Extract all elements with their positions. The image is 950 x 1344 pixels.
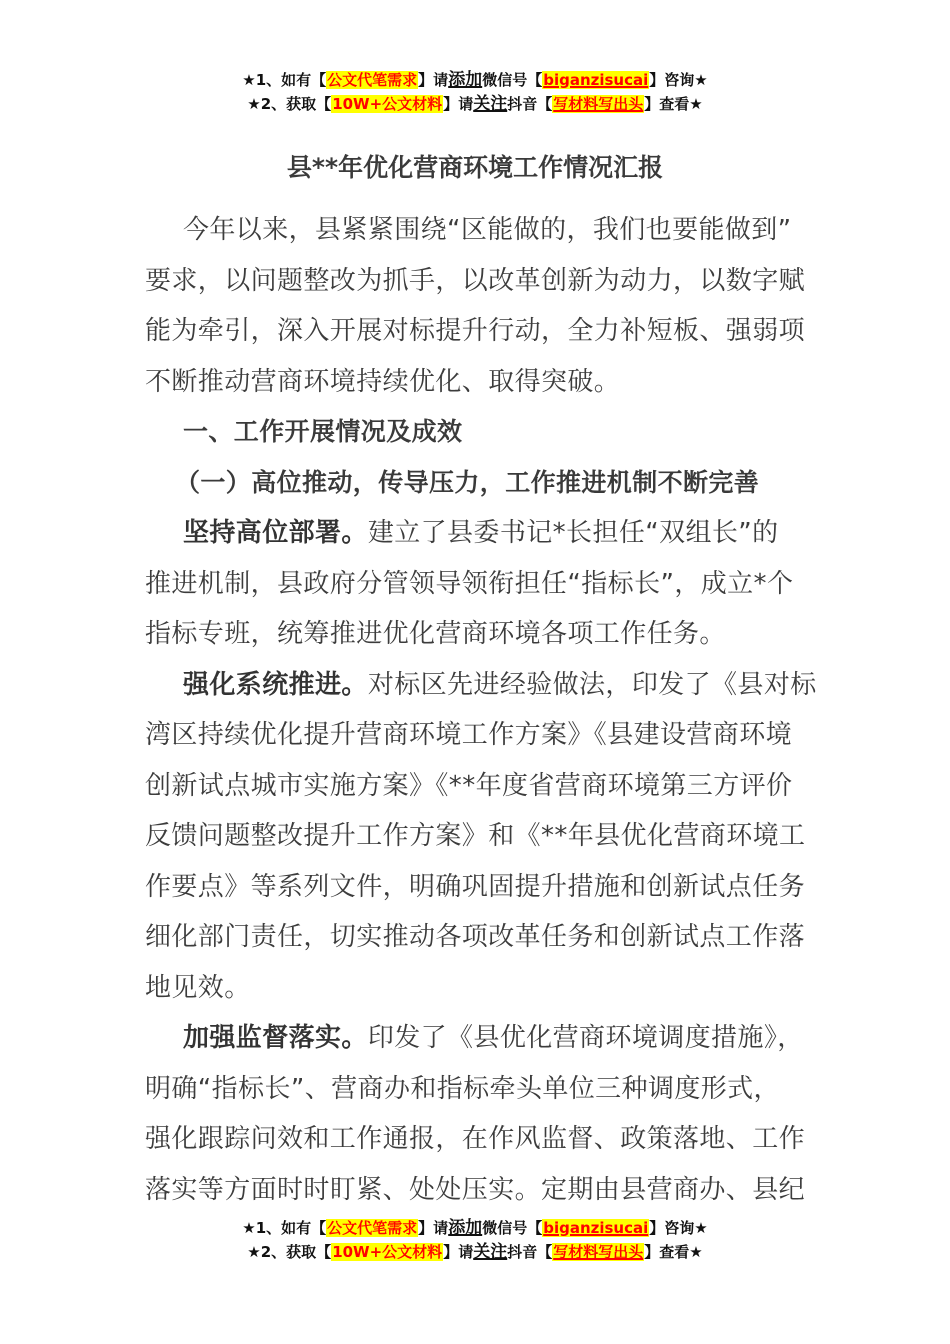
text-line: 作要点》等系列文件，明确巩固提升措施和创新试点任务	[145, 862, 810, 913]
text-line: 强化跟踪问效和工作通报，在作风监督、政策落地、工作	[145, 1114, 810, 1165]
promo-line-2: ★2、获取【10W+公文材料】请关注抖音【写材料写出头】查看★	[0, 92, 950, 116]
promo-emphasis-add: 添加	[448, 70, 482, 90]
promo-emphasis-add: 添加	[448, 1218, 482, 1238]
paragraph-lead: 强化系统推进。	[183, 670, 368, 700]
text-line: 明确“指标长”、营商办和指标牵头单位三种调度形式，	[145, 1064, 810, 1115]
promo-text: 】请	[443, 1243, 473, 1261]
promo-emphasis-follow: 关注	[473, 94, 507, 114]
text-line: 强化系统推进。对标区先进经验做法，印发了《县对标	[145, 660, 810, 711]
promo-banner-top: ★1、如有【公文代笔需求】请添加微信号【biganzisucai】咨询★ ★2、…	[0, 68, 950, 116]
paragraph-lead: 加强监督落实。	[183, 1023, 368, 1053]
promo-text: 】请	[418, 71, 448, 89]
promo-highlight-materials: 10W+公文材料	[331, 1243, 443, 1261]
document-body: 今年以来，县紧紧围绕“区能做的，我们也要能做到” 要求，以问题整改为抓手，以改革…	[145, 205, 810, 1215]
text-line: 创新试点城市实施方案》《**年度省营商环境第三方评价	[145, 761, 810, 812]
promo-douyin-account[interactable]: 写材料写出头	[552, 1243, 644, 1261]
promo-text: 抖音【	[507, 95, 552, 113]
promo-wechat-id[interactable]: biganzisucai	[542, 71, 649, 89]
promo-emphasis-follow: 关注	[473, 1242, 507, 1262]
promo-text: 】请	[418, 1219, 448, 1237]
promo-text: 微信号【	[482, 1219, 542, 1237]
promo-text: 抖音【	[507, 1243, 552, 1261]
promo-text: ★1、如有【	[242, 71, 326, 89]
promo-highlight-materials: 10W+公文材料	[331, 95, 443, 113]
promo-text: ★2、获取【	[247, 1243, 331, 1261]
text-line: 落实等方面时时盯紧、处处压实。定期由县营商办、县纪	[145, 1165, 810, 1216]
promo-banner-bottom: ★1、如有【公文代笔需求】请添加微信号【biganzisucai】咨询★ ★2、…	[0, 1216, 950, 1264]
paragraph-high-level-deployment: 坚持高位部署。建立了县委书记*长担任“双组长”的 推进机制，县政府分管领导领衔担…	[145, 508, 810, 660]
promo-line-1: ★1、如有【公文代笔需求】请添加微信号【biganzisucai】咨询★	[0, 1216, 950, 1240]
text-line: 能为牵引，深入开展对标提升行动，全力补短板、强弱项	[145, 306, 810, 357]
text-line: 地见效。	[145, 963, 810, 1014]
intro-paragraph: 今年以来，县紧紧围绕“区能做的，我们也要能做到” 要求，以问题整改为抓手，以改革…	[145, 205, 810, 407]
promo-text: 】咨询★	[649, 1219, 707, 1237]
document-title: 县**年优化营商环境工作情况汇报	[0, 148, 950, 188]
text-line: 今年以来，县紧紧围绕“区能做的，我们也要能做到”	[145, 205, 810, 256]
promo-line-1: ★1、如有【公文代笔需求】请添加微信号【biganzisucai】咨询★	[0, 68, 950, 92]
text-line: 细化部门责任，切实推动各项改革任务和创新试点工作落	[145, 912, 810, 963]
text-line: 加强监督落实。印发了《县优化营商环境调度措施》，	[145, 1013, 810, 1064]
promo-line-2: ★2、获取【10W+公文材料】请关注抖音【写材料写出头】查看★	[0, 1240, 950, 1264]
promo-douyin-account[interactable]: 写材料写出头	[552, 95, 644, 113]
promo-wechat-id[interactable]: biganzisucai	[542, 1219, 649, 1237]
text-line: 要求，以问题整改为抓手，以改革创新为动力，以数字赋	[145, 256, 810, 307]
text-line: 反馈问题整改提升工作方案》和《**年县优化营商环境工	[145, 811, 810, 862]
text-run: 印发了《县优化营商环境调度措施》，	[368, 1023, 804, 1053]
promo-text: 】查看★	[644, 1243, 702, 1261]
text-line: 不断推动营商环境持续优化、取得突破。	[145, 357, 810, 408]
paragraph-supervision: 加强监督落实。印发了《县优化营商环境调度措施》， 明确“指标长”、营商办和指标牵…	[145, 1013, 810, 1215]
promo-text: 】咨询★	[649, 71, 707, 89]
promo-text: ★1、如有【	[242, 1219, 326, 1237]
promo-text: ★2、获取【	[247, 95, 331, 113]
promo-text: 微信号【	[482, 71, 542, 89]
text-line: 湾区持续优化提升营商环境工作方案》《县建设营商环境	[145, 710, 810, 761]
promo-highlight-service: 公文代笔需求	[326, 71, 418, 89]
text-run: 对标区先进经验做法，印发了《县对标	[368, 670, 817, 700]
text-run: 建立了县委书记*长担任“双组长”的	[368, 518, 779, 548]
text-line: 指标专班，统筹推进优化营商环境各项工作任务。	[145, 609, 810, 660]
promo-text: 】查看★	[644, 95, 702, 113]
paragraph-system-advancement: 强化系统推进。对标区先进经验做法，印发了《县对标 湾区持续优化提升营商环境工作方…	[145, 660, 810, 1014]
subsection-heading: （一）高位推动，传导压力，工作推进机制不断完善	[145, 458, 810, 509]
paragraph-lead: 坚持高位部署。	[183, 518, 368, 548]
promo-highlight-service: 公文代笔需求	[326, 1219, 418, 1237]
text-line: 坚持高位部署。建立了县委书记*长担任“双组长”的	[145, 508, 810, 559]
text-line: 推进机制，县政府分管领导领衔担任“指标长”，成立*个	[145, 559, 810, 610]
section-heading: 一、工作开展情况及成效	[145, 407, 810, 458]
promo-text: 】请	[443, 95, 473, 113]
